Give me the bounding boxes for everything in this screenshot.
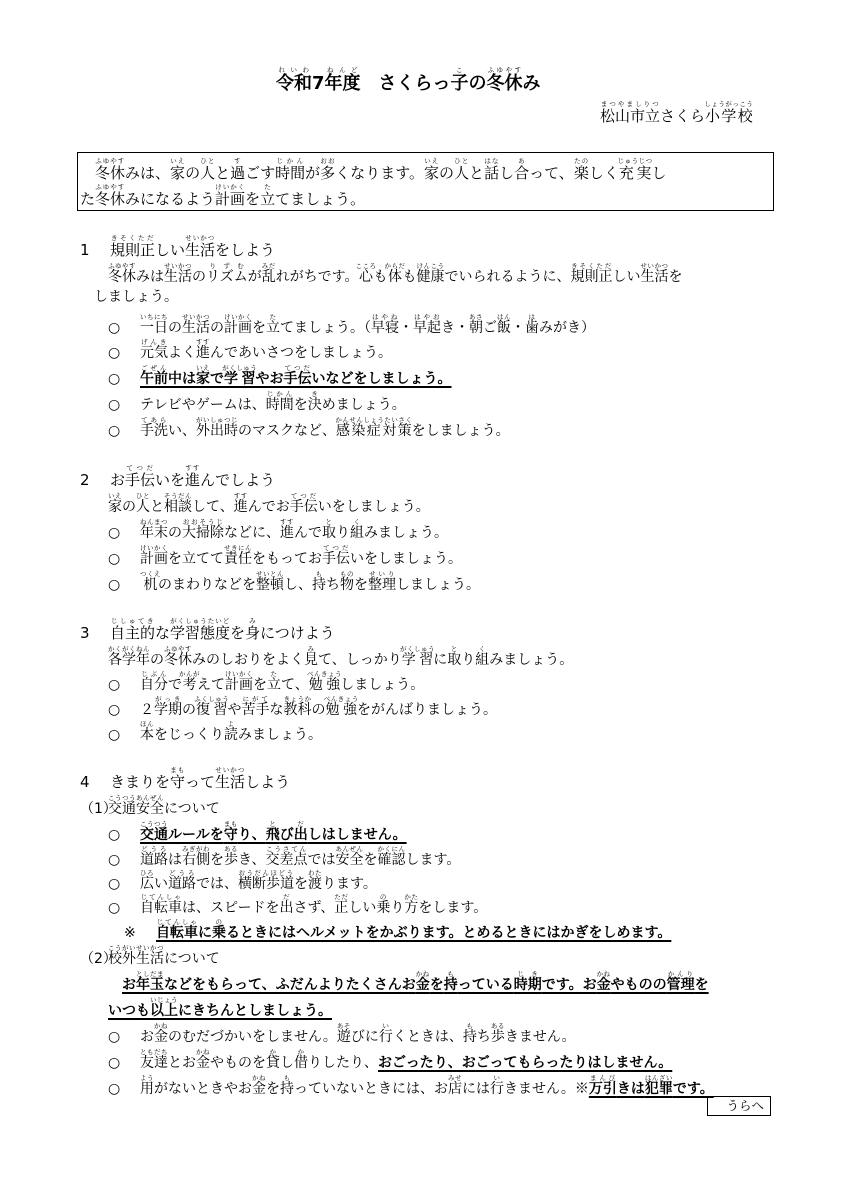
- ruby-word: 立た: [266, 320, 280, 336]
- ruby-word: 午前ごぜん: [140, 371, 168, 387]
- ruby-word: 規則正きそくただ: [570, 269, 612, 285]
- bullet-circle-icon: ○: [108, 398, 140, 412]
- list-item: ○元気げんきよく進すすんであいさつをしましょう。: [108, 338, 392, 360]
- item-text: 手洗てあらい、外出時がいしゅつじのマスクなど、感染症対策かんせんしょうたいさくを…: [140, 423, 510, 439]
- ruby-word: 冬休ふゆやす: [95, 190, 125, 208]
- ruby-word: 安全あんぜん: [335, 852, 363, 868]
- ruby-word: 取と: [447, 652, 461, 668]
- ruby-word: 心こころ: [358, 269, 373, 285]
- ruby-word: 渡わた: [308, 876, 322, 892]
- list-item: ○手洗てあらい、外出時がいしゅつじのマスクなど、感染症対策かんせんしょうたいさく…: [108, 416, 510, 438]
- section-1-lead-1: 冬休ふゆやすみは生活せいかつのリズムりずむが乱みだれがちです。心こころも体からだ…: [108, 262, 682, 284]
- ruby-word: 手伝てつだ: [284, 371, 312, 387]
- ruby-word: 松山市立まつやましりつ: [600, 107, 660, 125]
- ruby-word: 正ただ: [334, 900, 348, 916]
- ruby-word: 子こ: [451, 73, 469, 94]
- subsection-2-lead-2: いつも以上いじょうにきちんとしましょう。: [108, 996, 332, 1018]
- ruby-word: 冬休ふゆやす: [164, 652, 192, 668]
- section-number: 2: [80, 473, 110, 488]
- ruby-word: 年末ねんまつ: [140, 525, 168, 541]
- ruby-word: 学習がくしゅう: [224, 371, 256, 387]
- list-item: ○机つくえのまわりなどを整頓せいとんし、持もち物ものを整理せいりしましょう。: [108, 570, 480, 592]
- ruby-word: 冬休ふゆやす: [95, 164, 125, 182]
- ruby-word: 年度ねんど: [325, 73, 361, 94]
- ruby-word: 勉強べんきょう: [326, 702, 358, 718]
- ruby-word: 外出時がいしゅつじ: [196, 423, 238, 439]
- ruby-word: 多おお: [320, 164, 335, 182]
- ruby-word: 元気げんき: [140, 345, 168, 361]
- ruby-word: 規則正きそくただ: [110, 241, 155, 259]
- item-text: 机つくえのまわりなどを整頓せいとんし、持もち物ものを整理せいりしましょう。: [140, 577, 480, 593]
- ruby-word: 学期がっき: [154, 702, 182, 718]
- ruby-word: 物もの: [340, 577, 354, 593]
- item-text: 用ようがないときやお金かねを持もっていないときには、お店みせには行いきません。※: [140, 1081, 589, 1097]
- section-4-heading: 4きまりを守まもって生活せいかつしよう: [80, 766, 290, 790]
- section-number: 1: [80, 243, 110, 258]
- note-text: 自転車じてんしゃに乗のるときにはヘルメットをかぶります。とめるときにはかぎをしめ…: [156, 925, 671, 941]
- item-emphasis: 万引まんびきは犯罪はんざいです。: [589, 1081, 714, 1097]
- bullet-circle-icon: ○: [108, 552, 140, 566]
- bicycle-note: ※自転車じてんしゃに乗のるときにはヘルメットをかぶります。とめるときにはかぎをし…: [124, 918, 671, 940]
- ruby-word: 金かね: [154, 1029, 168, 1045]
- section-title: お手伝てつだいを進すすんでしよう: [110, 471, 275, 489]
- item-emphasis: おごったり、おごってもらったりはしません。: [378, 1055, 672, 1071]
- ruby-word: 進すす: [234, 499, 248, 515]
- ruby-word: 計画けいかく: [215, 190, 245, 208]
- ruby-word: 苦手にがて: [242, 702, 270, 718]
- ruby-word: 生活せいかつ: [182, 320, 210, 336]
- ruby-word: 用よう: [140, 1081, 154, 1097]
- section-3-heading: 3自主的じしゅてきな学習態度がくしゅうたいどを身みにつけよう: [80, 617, 335, 641]
- ruby-word: 決き: [308, 397, 322, 413]
- ruby-word: 計画けいかく: [224, 320, 252, 336]
- list-item: ○広ひろい道路どうろでは、横断歩道おうだんほどうを渡わたります。: [108, 869, 377, 891]
- ruby-word: 店みせ: [448, 1081, 462, 1097]
- ruby-word: 進すす: [185, 471, 200, 489]
- ruby-word: 勉強べんきょう: [309, 677, 341, 693]
- ruby-word: 立た: [267, 677, 281, 693]
- ruby-word: 道路どうろ: [140, 852, 168, 868]
- bullet-circle-icon: ○: [108, 578, 140, 592]
- ruby-word: 時間じかん: [266, 397, 294, 413]
- ruby-word: 合あ: [514, 164, 529, 182]
- ruby-word: 犯罪はんざい: [645, 1081, 673, 1097]
- ruby-word: 歩ある: [224, 852, 238, 868]
- ruby-word: 借か: [294, 1055, 308, 1071]
- section-2-heading: 2お手伝てつだいを進すすんでしよう: [80, 464, 275, 488]
- ruby-word: 手洗てあら: [140, 423, 168, 439]
- bullet-circle-icon: ○: [108, 321, 140, 335]
- ruby-word: 手伝てつだ: [125, 471, 155, 489]
- ruby-word: 右側みぎがわ: [182, 852, 210, 868]
- ruby-word: 充実じゅうじつ: [619, 164, 652, 182]
- ruby-word: 学習態度がくしゅうたいど: [170, 624, 230, 642]
- ruby-word: 出だ: [294, 827, 308, 843]
- list-item: ○友達ともだちとお金かねやものを貸かし借かりしたり、おごったり、おごってもらった…: [108, 1048, 672, 1070]
- ruby-word: 早起はやお: [413, 320, 441, 336]
- item-text: 年末ねんまつの大掃除おおそうじなどに、進すすんで取とり組くみましょう。: [140, 525, 448, 541]
- ruby-word: 家いえ: [424, 164, 439, 182]
- ruby-word: 飛と: [266, 827, 280, 843]
- ruby-word: 手伝てつだ: [290, 499, 318, 515]
- ruby-word: 飯はん: [497, 320, 511, 336]
- ruby-word: 時間じかん: [275, 164, 305, 182]
- subsection-label: （1）: [80, 802, 108, 816]
- ruby-word: 自転車じてんしゃ: [156, 925, 198, 941]
- ruby-word: 人ひと: [200, 164, 215, 182]
- list-item: ○お金かねのむだづかいをしません。遊あそびに行いくときは、持もち歩あるきません。: [108, 1022, 576, 1044]
- ruby-word: リズムりずむ: [206, 269, 248, 285]
- bullet-circle-icon: ○: [108, 1056, 140, 1070]
- ruby-word: 組く: [350, 525, 364, 541]
- ruby-word: 行い: [490, 1081, 504, 1097]
- ruby-word: 以上いじょう: [150, 1003, 178, 1019]
- ruby-word: 責任せきにん: [224, 551, 252, 567]
- ruby-word: 進すす: [280, 525, 294, 541]
- ruby-word: 学習がくしゅう: [402, 652, 434, 668]
- ruby-word: 金かね: [416, 977, 430, 993]
- ruby-word: 楽たの: [574, 164, 589, 182]
- ruby-word: 大掃除おおそうじ: [182, 525, 224, 541]
- item-text: お金かねのむだづかいをしません。遊あそびに行いくときは、持もち歩あるきません。: [140, 1029, 576, 1045]
- ruby-word: 朝あさ: [469, 320, 483, 336]
- item-text: テレビやゲームは、時間じかんを決きめましょう。: [140, 397, 406, 413]
- item-text: 広ひろい道路どうろでは、横断歩道おうだんほどうを渡わたります。: [140, 876, 377, 892]
- ruby-word: 感染症対策かんせんしょうたいさく: [336, 423, 412, 439]
- ruby-word: 考かんが: [182, 677, 197, 693]
- ruby-word: 時期じき: [514, 977, 542, 993]
- bullet-circle-icon: ○: [108, 901, 140, 915]
- list-item-emphasis: ○午前ごぜん中は家いえで学習がくしゅうやお手伝てつだいなどをしましょう。: [108, 364, 452, 386]
- bullet-circle-icon: ○: [108, 526, 140, 540]
- ruby-word: 復習ふくしゅう: [196, 702, 228, 718]
- ruby-word: 交差点こうさてん: [265, 852, 307, 868]
- handout-page: 令和れいわ7年度ねんど さくらっ子この冬休ふゆやすみ 松山市立まつやましりつさく…: [0, 0, 849, 1200]
- ruby-word: 年玉としだま: [136, 977, 164, 993]
- bullet-circle-icon: ○: [108, 1082, 140, 1096]
- subsection-2-lead-1: お年玉としだまなどをもらって、ふだんよりたくさんお金かねを持もっている時期じきで…: [122, 970, 709, 992]
- bullet-circle-icon: ○: [108, 877, 140, 891]
- section-number: 4: [80, 775, 110, 790]
- list-item-emphasis: ○交通こうつうルールを守まもり、飛とび出だしはしません。: [108, 820, 407, 842]
- ruby-word: 歯は: [525, 320, 539, 336]
- ruby-word: 家いえ: [170, 164, 185, 182]
- list-item: ○一日いちにちの生活せいかつの計画けいかくを立たてましょう。（早寝はやね・早起は…: [108, 313, 595, 335]
- ruby-word: 友達ともだち: [140, 1055, 168, 1071]
- ruby-word: 家いえ: [108, 499, 122, 515]
- ruby-word: 冬休ふゆやす: [108, 269, 136, 285]
- ruby-word: 万引まんび: [589, 1081, 617, 1097]
- ruby-word: 自分じぶん: [140, 677, 168, 693]
- subsection-label: （2）: [80, 952, 108, 966]
- subsection-title: 校外生活こうがいせいかつについて: [108, 951, 220, 967]
- bullet-circle-icon: ○: [108, 728, 140, 742]
- ruby-word: 早寝はやね: [371, 320, 399, 336]
- list-item: ○用ようがないときやお金かねを持もっていないときには、お店みせには行いきません。…: [108, 1074, 714, 1096]
- turn-over-label: うらへ: [707, 1096, 771, 1116]
- bullet-circle-icon: ○: [108, 853, 140, 867]
- bullet-circle-icon: ○: [108, 424, 140, 438]
- ruby-word: 身み: [245, 624, 260, 642]
- ruby-word: 金かね: [597, 977, 611, 993]
- list-item: ○２学期がっきの復習ふくしゅうや苦手にがてな教科きょうかの勉強べんきょうをがんば…: [108, 695, 497, 717]
- list-item: ○年末ねんまつの大掃除おおそうじなどに、進すすんで取とり組くみましょう。: [108, 518, 448, 540]
- item-text: 友達ともだちとお金かねやものを貸かし借かりしたり、: [140, 1055, 378, 1071]
- ruby-word: 遊あそ: [337, 1029, 351, 1045]
- ruby-word: 生活せいかつ: [185, 241, 215, 259]
- ruby-word: 出だ: [279, 900, 293, 916]
- subsection-2-title: （2）校外生活こうがいせいかつについて: [80, 944, 220, 966]
- ruby-word: 生活せいかつ: [215, 773, 245, 791]
- ruby-word: 小学校しょうがっこう: [705, 107, 753, 125]
- ruby-word: 持も: [312, 577, 326, 593]
- list-item: ○道路どうろは右側みぎがわを歩あるき、交差点こうさてんでは安全あんぜんを確認かく…: [108, 845, 460, 867]
- ruby-word: 整頓せいとん: [256, 577, 284, 593]
- item-text: 本ほんをじっくり読よみましょう。: [140, 727, 322, 743]
- item-text: 午前ごぜん中は家いえで学習がくしゅうやお手伝てつだいなどをしましょう。: [140, 371, 452, 387]
- ruby-word: 歩ある: [491, 1029, 505, 1045]
- ruby-word: 整理せいり: [368, 577, 396, 593]
- ruby-word: 立た: [260, 190, 275, 208]
- bullet-circle-icon: ○: [108, 1030, 140, 1044]
- item-text: 一日いちにちの生活せいかつの計画けいかくを立たてましょう。（早寝はやね・早起はや…: [140, 320, 595, 336]
- ruby-word: 道路どうろ: [168, 876, 196, 892]
- section-title: きまりを守まもって生活せいかつしよう: [110, 773, 290, 791]
- ruby-word: 管理かんり: [667, 977, 695, 993]
- ruby-word: 読よ: [224, 727, 238, 743]
- list-item: ○テレビやゲームは、時間じかんを決きめましょう。: [108, 390, 406, 412]
- ruby-word: 広ひろ: [140, 876, 154, 892]
- ruby-word: 横断歩道おうだんほどう: [238, 876, 294, 892]
- ruby-word: 持も: [280, 1081, 294, 1097]
- ruby-word: 令和れいわ: [276, 73, 312, 94]
- intro-line-1: 冬休ふゆやすみは、家いえの人ひとと過すごす時間じかんが多おおくなります。家いえの…: [80, 157, 666, 181]
- ruby-word: 守まも: [170, 773, 185, 791]
- ruby-word: 一日いちにち: [140, 320, 168, 336]
- ruby-word: 各学年かくがくねん: [108, 652, 150, 668]
- section-2-lead: 家いえの人ひとと相談そうだんして、進すすんでお手伝てつだいをしましょう。: [108, 492, 430, 514]
- ruby-word: 生活せいかつ: [640, 269, 668, 285]
- item-text: 計画けいかくを立てて責任せきにんをもってお手伝てつだいをしましょう。: [140, 551, 462, 567]
- ruby-word: 家いえ: [196, 371, 210, 387]
- bullet-circle-icon: ○: [108, 678, 140, 692]
- ruby-word: 自転車じてんしゃ: [140, 900, 182, 916]
- ruby-word: 乗の: [212, 925, 226, 941]
- item-text: 自分じぶんで考かんがえて計画けいかくを立たて、勉強べんきょうしましょう。: [140, 677, 424, 693]
- ruby-word: 乱みだ: [262, 269, 276, 285]
- bullet-circle-icon: ○: [108, 828, 140, 842]
- note-mark: ※: [124, 926, 156, 940]
- ruby-word: 校外生活こうがいせいかつ: [108, 951, 164, 967]
- ruby-word: 進すす: [196, 345, 210, 361]
- ruby-word: 教科きょうか: [284, 702, 312, 718]
- item-text: 自転車じてんしゃは、スピードを出ださず、正ただしい乗のり方かたをします。: [140, 900, 487, 916]
- item-text: 道路どうろは右側みぎがわを歩あるき、交差点こうさてんでは安全あんぜんを確認かくに…: [140, 852, 460, 868]
- item-text: 元気げんきよく進すすんであいさつをしましょう。: [140, 345, 392, 361]
- ruby-word: 人ひと: [136, 499, 150, 515]
- ruby-word: 確認かくにん: [377, 852, 405, 868]
- ruby-word: 貸か: [266, 1055, 280, 1071]
- section-title: 規則正きそくただしい生活せいかつをしよう: [110, 241, 275, 259]
- section-1-lead-2: しましょう。: [94, 290, 178, 304]
- ruby-word: 自主的じしゅてき: [110, 624, 155, 642]
- bullet-circle-icon: ○: [108, 346, 140, 360]
- list-item: ○自分じぶんで考かんがえて計画けいかくを立たて、勉強べんきょうしましょう。: [108, 670, 424, 692]
- section-3-lead: 各学年かくがくねんの冬休ふゆやすみのしおりをよく見みて、しっかり学習がくしゅうに…: [108, 645, 573, 667]
- intro-line-2: た冬休ふゆやすみになるよう計画けいかくを立たてましょう。: [80, 183, 365, 207]
- ruby-word: 乗の: [376, 900, 390, 916]
- item-text: ２学期がっきの復習ふくしゅうや苦手にがてな教科きょうかの勉強べんきょうをがんばり…: [140, 702, 497, 718]
- ruby-word: 守まも: [224, 827, 238, 843]
- ruby-word: 冬休ふゆやす: [487, 73, 523, 94]
- page-title: 令和れいわ7年度ねんど さくらっ子この冬休ふゆやすみ: [276, 66, 541, 93]
- item-text: 交通こうつうルールを守まもり、飛とび出だしはしません。: [140, 827, 407, 843]
- ruby-word: 見み: [304, 652, 318, 668]
- ruby-word: 体からだ: [387, 269, 402, 285]
- ruby-word: 過す: [230, 164, 245, 182]
- bullet-circle-icon: ○: [108, 703, 140, 717]
- ruby-word: 話はな: [484, 164, 499, 182]
- bullet-circle-icon: ○: [108, 372, 140, 386]
- ruby-word: 行い: [379, 1029, 393, 1045]
- school-name: 松山市立まつやましりつさくら小学校しょうがっこう: [600, 100, 753, 124]
- ruby-word: 交通安全こうつうあんぜん: [108, 801, 164, 817]
- section-number: 3: [80, 626, 110, 641]
- ruby-word: 計画けいかく: [140, 551, 168, 567]
- ruby-word: 健康けんこう: [416, 269, 444, 285]
- ruby-word: 方かた: [404, 900, 418, 916]
- ruby-word: 取と: [322, 525, 336, 541]
- section-1-heading: 1規則正きそくただしい生活せいかつをしよう: [80, 234, 275, 258]
- subsection-title: 交通安全こうつうあんぜんについて: [108, 801, 220, 817]
- ruby-word: 手伝てつだ: [322, 551, 350, 567]
- list-item: ○本ほんをじっくり読よみましょう。: [108, 720, 322, 742]
- ruby-word: 交通こうつう: [140, 827, 168, 843]
- list-item: ○自転車じてんしゃは、スピードを出ださず、正ただしい乗のり方かたをします。: [108, 893, 487, 915]
- ruby-word: 人ひと: [454, 164, 469, 182]
- ruby-word: 相談そうだん: [164, 499, 192, 515]
- ruby-word: 金かね: [252, 1081, 266, 1097]
- ruby-word: 生活せいかつ: [164, 269, 192, 285]
- ruby-word: 持も: [463, 1029, 477, 1045]
- section-title: 自主的じしゅてきな学習態度がくしゅうたいどを身みにつけよう: [110, 624, 335, 642]
- ruby-word: 金かね: [196, 1055, 210, 1071]
- ruby-word: 計画けいかく: [225, 677, 253, 693]
- ruby-word: 机つくえ: [140, 577, 158, 593]
- ruby-word: 本ほん: [140, 727, 154, 743]
- ruby-word: 組く: [475, 652, 489, 668]
- list-item: ○計画けいかくを立てて責任せきにんをもってお手伝てつだいをしましょう。: [108, 544, 462, 566]
- subsection-1-title: （1）交通安全こうつうあんぜんについて: [80, 794, 220, 816]
- ruby-word: 持も: [444, 977, 458, 993]
